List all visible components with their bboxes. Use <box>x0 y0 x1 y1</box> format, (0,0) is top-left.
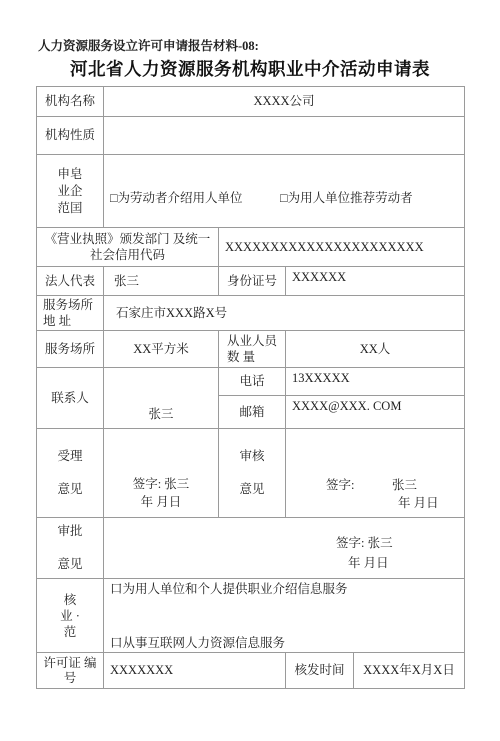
apply-scope-label-line1: 申皂 <box>57 166 82 183</box>
apply-scope-label: 申皂 业企 范囯 <box>37 155 104 228</box>
acceptance-label-line2: 意见 <box>57 481 82 498</box>
phone-label: 电话 <box>219 368 286 396</box>
staff-count-label: 从业人员 数 量 <box>219 331 286 368</box>
contact-label: 联系人 <box>37 368 104 429</box>
address-label-line1: 服务场所 <box>43 297 93 313</box>
address-value: 石家庄市XXX路X号 <box>104 296 465 331</box>
license-label-line2: 社会信用代码 <box>90 247 165 263</box>
phone-value: 13XXXXX <box>286 368 465 396</box>
premises-label: 服务场所 <box>37 331 104 368</box>
approval-signature: 签字: 张三 年 月日 <box>104 518 465 579</box>
staff-label-line2: 数 量 <box>227 349 255 365</box>
page-title: 河北省人力资源服务机构职业中介活动申请表 <box>0 56 500 81</box>
apply-scope-label-line3: 范囯 <box>57 200 82 217</box>
approved-scope-item: 口为用人单位和个人提供职业介绍信息服务 <box>110 580 464 598</box>
email-value: XXXX@XXX. COM <box>286 396 465 429</box>
org-nature-options: 口事业单位 □国有企业 口民营企业 口中外合资 口港澳台资 口其他 <box>104 117 465 155</box>
org-name-value: XXXX公司 <box>104 87 465 117</box>
staff-count-value: XX人 <box>286 331 465 368</box>
approval-opinion-label: 审批 意见 <box>37 518 104 579</box>
apply-scope-options: □为劳动者介绍用人单位 □为用人单位推荐劳动者 口为用人单位和个人提供职业介绍信… <box>104 155 465 228</box>
issue-date-value: XXXX年X月X日 <box>354 653 465 689</box>
address-label: 服务场所 地 址 <box>37 296 104 331</box>
acceptance-sign-date: 年 月日 <box>141 493 182 511</box>
id-number-label: 身份证号 <box>219 267 286 296</box>
org-name-label: 机构名称 <box>37 87 104 117</box>
review-label-line2: 意见 <box>239 481 264 498</box>
approved-scope-label-line2: 业 · <box>60 608 80 624</box>
apply-scope-label-line2: 业企 <box>57 183 82 200</box>
apply-scope-item: □为劳动者介绍用人单位 □为用人单位推荐劳动者 <box>110 190 464 207</box>
review-sign-date: 年 月日 <box>286 494 439 512</box>
license-no-value: XXXXXXX <box>104 653 286 689</box>
application-form-table: 机构名称 XXXX公司 机构性质 口事业单位 □国有企业 口民营企业 口中外合资… <box>36 86 465 689</box>
id-number-value: XXXXXX <box>286 267 465 296</box>
license-no-label-line2: 号 <box>64 671 77 686</box>
license-label: 《营业执照》颁发部门 及统一 社会信用代码 <box>37 228 219 267</box>
license-label-line1: 《营业执照》颁发部门 及统一 <box>45 231 211 247</box>
approved-scope-item: 口从事互联网人力资源信息服务 <box>110 634 464 652</box>
approval-sign-date: 年 月日 <box>104 553 393 573</box>
approved-scope-label-line1: 核 <box>64 592 77 608</box>
address-label-line2: 地 址 <box>43 313 71 329</box>
license-no-label-line1: 许可证 编 <box>43 656 96 671</box>
review-label-line1: 审核 <box>239 448 264 465</box>
acceptance-signature: 签字: 张三 年 月日 <box>104 429 219 518</box>
acceptance-opinion-label: 受理 意见 <box>37 429 104 518</box>
approval-sign-line1: 签字: 张三 <box>104 533 393 553</box>
approved-scope-label-line3: 范 <box>64 624 77 640</box>
acceptance-label-line1: 受理 <box>57 448 82 465</box>
review-sign-line1: 签字: 张三 <box>286 476 439 494</box>
issue-date-label: 核发时间 <box>286 653 354 689</box>
contact-name-value: 张三 <box>104 368 219 429</box>
approved-scope-label: 核 业 · 范 <box>37 579 104 653</box>
header-note: 人力资源服务设立许可申请报告材料-08: <box>38 36 259 54</box>
license-no-label: 许可证 编 号 <box>37 653 104 689</box>
license-value: XXXXXXXXXXXXXXXXXXXXXX <box>219 228 465 267</box>
premises-area-value: XX平方米 <box>104 331 219 368</box>
acceptance-sign-line1: 签字: 张三 <box>133 475 190 493</box>
approval-label-line1: 审批 <box>57 523 82 540</box>
review-opinion-label: 审核 意见 <box>219 429 286 518</box>
org-nature-label: 机构性质 <box>37 117 104 155</box>
email-label: 邮箱 <box>219 396 286 429</box>
review-signature: 签字: 张三 年 月日 <box>286 429 465 518</box>
approval-label-line2: 意见 <box>57 556 82 573</box>
staff-label-line1: 从业人员 <box>227 333 277 349</box>
legal-rep-value: 张三 <box>104 267 219 296</box>
legal-rep-label: 法人代表 <box>37 267 104 296</box>
approved-scope-options: 口为劳动者介绍用人单位 口为用人单位推荐劳动者 口为用人单位和个人提供职业介绍信… <box>104 579 465 653</box>
